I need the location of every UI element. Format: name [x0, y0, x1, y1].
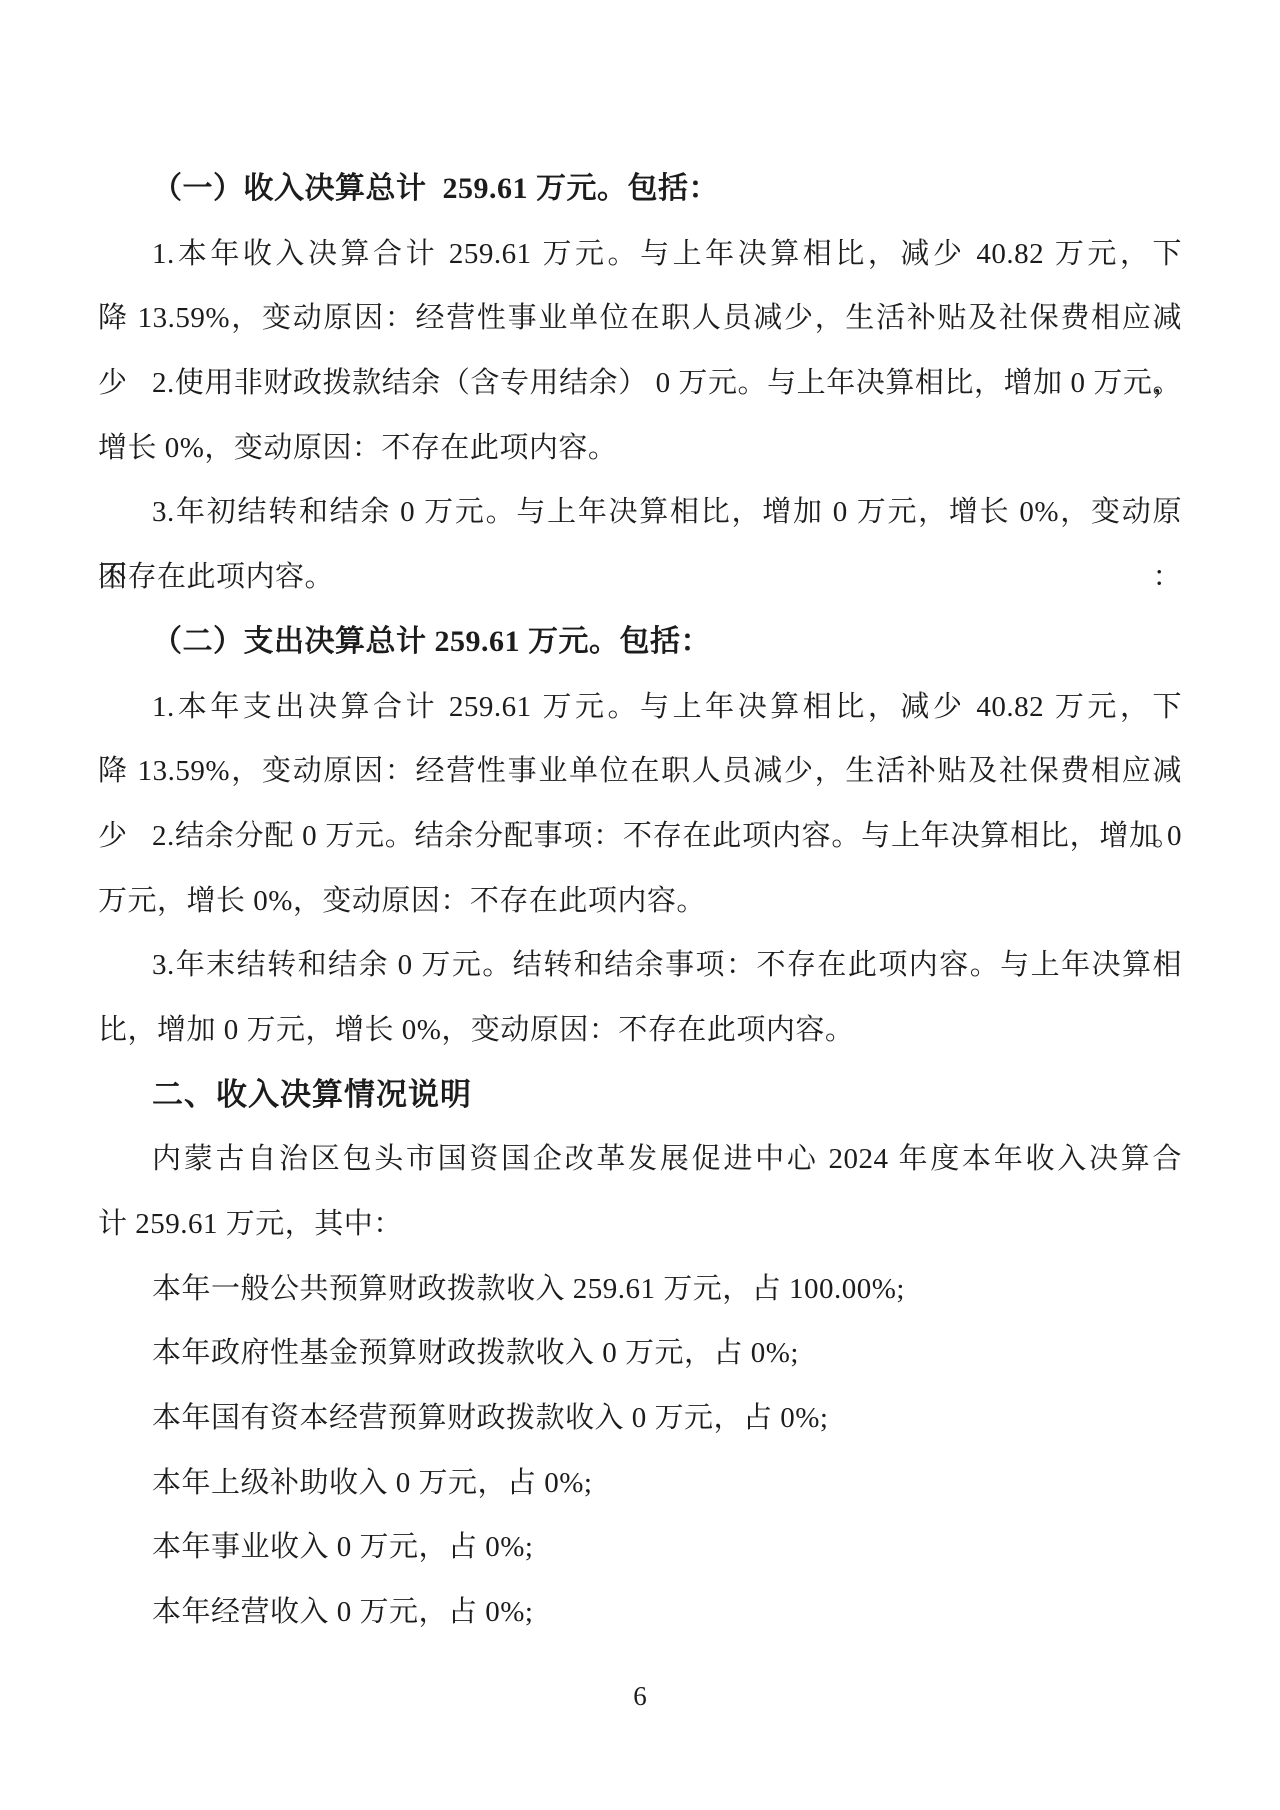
heading-expenditure-final-accounts-total: （二）支出决算总计 259.61 万元。包括： [98, 610, 1182, 675]
para-expenditure-item3-line1: 3.年末结转和结余 0 万元。结转和结余事项：不存在此项内容。与上年决算相 [98, 933, 1182, 998]
para-income-govt-fund-budget: 本年政府性基金预算财政拨款收入 0 万元，占 0%; [98, 1321, 1182, 1386]
document-page: { "page": { "number": "6" }, "content": … [0, 0, 1280, 1810]
para-income-item1-line2: 降 13.59%，变动原因：经营性事业单位在职人员减少，生活补贴及社保费相应减少… [98, 286, 1182, 351]
para-expenditure-item3-line2: 比，增加 0 万元，增长 0%，变动原因：不存在此项内容。 [98, 998, 1182, 1063]
para-income-item2-line2: 增长 0%，变动原因：不存在此项内容。 [98, 416, 1182, 481]
para-income-item1-line1: 1.本年收入决算合计 259.61 万元。与上年决算相比，减少 40.82 万元… [98, 222, 1182, 287]
para-income-superior-subsidy: 本年上级补助收入 0 万元，占 0%; [98, 1451, 1182, 1516]
heading-income-final-accounts-total: （一）收入决算总计 259.61 万元。包括： [98, 157, 1182, 222]
para-income-institutional: 本年事业收入 0 万元，占 0%; [98, 1515, 1182, 1580]
para-income-state-capital-budget: 本年国有资本经营预算财政拨款收入 0 万元，占 0%; [98, 1386, 1182, 1451]
para-income-operating: 本年经营收入 0 万元，占 0%; [98, 1580, 1182, 1645]
para-expenditure-item1-line1: 1.本年支出决算合计 259.61 万元。与上年决算相比，减少 40.82 万元… [98, 675, 1182, 740]
document-body: （一）收入决算总计 259.61 万元。包括： 1.本年收入决算合计 259.6… [0, 0, 1280, 1645]
para-income-general-public-budget: 本年一般公共预算财政拨款收入 259.61 万元，占 100.00%; [98, 1257, 1182, 1322]
para-expenditure-item1-line2: 降 13.59%，变动原因：经营性事业单位在职人员减少，生活补贴及社保费相应减少… [98, 739, 1182, 804]
para-expenditure-item2-line1: 2.结余分配 0 万元。结余分配事项：不存在此项内容。与上年决算相比，增加 0 [98, 804, 1182, 869]
para-income-item2-line1: 2.使用非财政拨款结余（含专用结余） 0 万元。与上年决算相比，增加 0 万元， [98, 351, 1182, 416]
para-income-item3-line1: 3.年初结转和结余 0 万元。与上年决算相比，增加 0 万元，增长 0%，变动原… [98, 480, 1182, 545]
page-number: 6 [0, 1678, 1280, 1714]
para-income-summary-line2: 计 259.61 万元，其中： [98, 1192, 1182, 1257]
para-expenditure-item2-line2: 万元，增长 0%，变动原因：不存在此项内容。 [98, 869, 1182, 934]
heading-income-explanation: 二、收入决算情况说明 [98, 1063, 1182, 1128]
para-income-summary-line1: 内蒙古自治区包头市国资国企改革发展促进中心 2024 年度本年收入决算合 [98, 1127, 1182, 1192]
